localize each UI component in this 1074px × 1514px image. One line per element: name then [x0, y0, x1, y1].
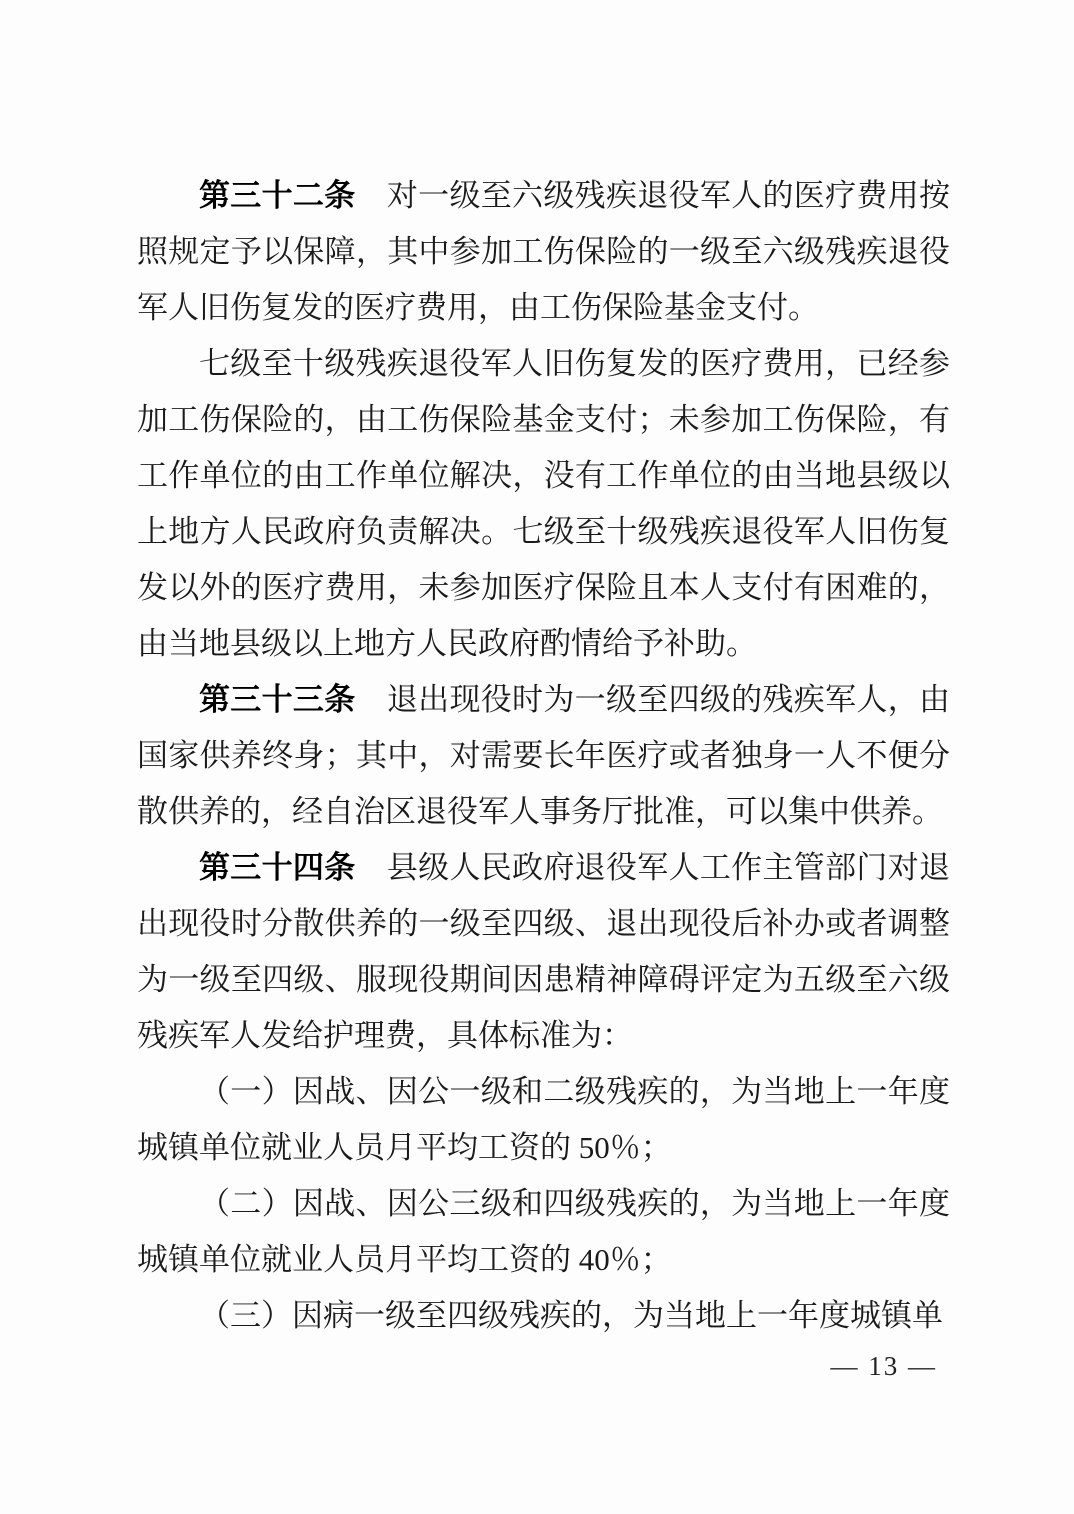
paragraph-item-2: （二）因战、因公三级和四级残疾的，为当地上一年度城镇单位就业人员月平均工资的 4… [137, 1176, 950, 1288]
paragraph-text: 七级至十级残疾退役军人旧伤复发的医疗费用，已经参加工伤保险的，由工伤保险基金支付… [137, 346, 950, 661]
paragraph-text: （三）因病一级至四级残疾的，为当地上一年度城镇单 [199, 1298, 943, 1333]
paragraph-item-1: （一）因战、因公一级和二级残疾的，为当地上一年度城镇单位就业人员月平均工资的 5… [137, 1064, 950, 1176]
paragraph-article-33: 第三十三条 退出现役时为一级至四级的残疾军人，由国家供养终身；其中，对需要长年医… [137, 672, 950, 840]
document-body: 第三十二条 对一级至六级残疾退役军人的医疗费用按照规定予以保障，其中参加工伤保险… [137, 168, 950, 1344]
article-number-33: 第三十三条 [199, 682, 356, 717]
paragraph-item-3: （三）因病一级至四级残疾的，为当地上一年度城镇单 [137, 1288, 950, 1344]
paragraph-article-32-cont: 七级至十级残疾退役军人旧伤复发的医疗费用，已经参加工伤保险的，由工伤保险基金支付… [137, 336, 950, 672]
article-number-32: 第三十二条 [199, 178, 356, 213]
paragraph-text: （一）因战、因公一级和二级残疾的，为当地上一年度城镇单位就业人员月平均工资的 5… [137, 1074, 950, 1165]
article-number-34: 第三十四条 [199, 850, 356, 885]
paragraph-article-32: 第三十二条 对一级至六级残疾退役军人的医疗费用按照规定予以保障，其中参加工伤保险… [137, 168, 950, 336]
page-number: — 13 — [831, 1346, 938, 1386]
document-page: 第三十二条 对一级至六级残疾退役军人的医疗费用按照规定予以保障，其中参加工伤保险… [0, 0, 1074, 1514]
paragraph-article-34: 第三十四条 县级人民政府退役军人工作主管部门对退出现役时分散供养的一级至四级、退… [137, 840, 950, 1064]
paragraph-text: （二）因战、因公三级和四级残疾的，为当地上一年度城镇单位就业人员月平均工资的 4… [137, 1186, 950, 1277]
